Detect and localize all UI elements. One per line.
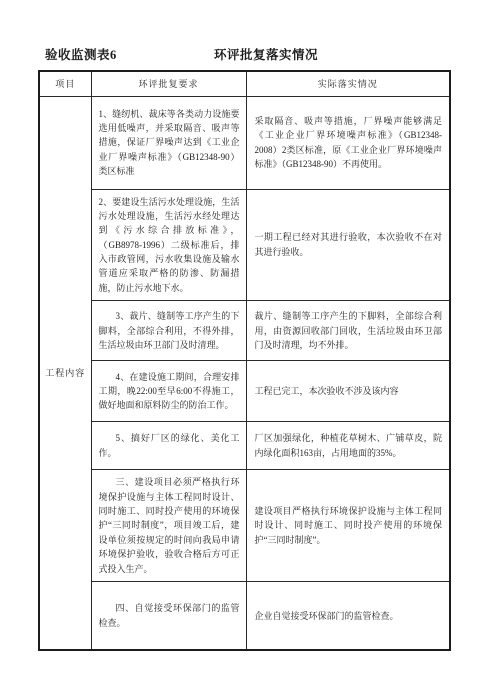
req-cell-4: 4、在建设施工期间，合理安排工期，晚22:00至早6:00不得施工，做好地面和原… (91, 361, 246, 422)
req-text-4: 4、在建设施工期间，合理安排工期，晚22:00至早6:00不得施工，做好地面和原… (99, 370, 240, 413)
header-item: 项目 (39, 71, 91, 96)
actual-text-3: 裁片、缝制等工序产生的下脚料，全部综合利用，由资源回收部门回收，生活垃圾由环卫部… (255, 309, 443, 352)
page-title: 环评批复落实情况 (214, 45, 318, 63)
actual-text-6: 建设项目严格执行环境保护设施与主体工程同时设计、同时施工、同时投产使用的环境保护… (255, 504, 443, 547)
table-row: 4、在建设施工期间，合理安排工期，晚22:00至早6:00不得施工，做好地面和原… (39, 361, 450, 422)
req-cell-1: 1、缝纫机、裁床等各类动力设施要选用低噪声，并采取隔音、吸声等措施，保证厂界噪声… (91, 96, 246, 189)
actual-cell-2: 一期工程已经对其进行验收，本次验收不在对其进行验收。 (246, 189, 450, 301)
title-line: 验收监测表6 环评批复落实情况 (0, 45, 485, 65)
req-text-2: 2、要建设生活污水处理设施，生活污水处理设施，生活污水经处理达到《污水综合排放标… (99, 195, 240, 296)
table-row: 3、裁片、缝制等工序产生的下脚料，全部综合利用，不得外排，生活垃圾由环卫部门及时… (39, 301, 450, 361)
actual-text-7: 企业自觉接受环保部门的监管检查。 (255, 609, 443, 623)
req-text-7: 四、自觉接受环保部门的监管检查。 (99, 601, 240, 630)
req-text-5: 5、搞好厂区的绿化、美化工作。 (99, 431, 240, 460)
implementation-table: 项目 环评批复要求 实际落实情况 工程内容 1、缝纫机、裁床等各类动力设施要选用… (38, 70, 451, 651)
table-row: 5、搞好厂区的绿化、美化工作。 厂区加强绿化，种植花草树木、广铺草皮，院内绿化面… (39, 422, 450, 470)
actual-text-5: 厂区加强绿化，种植花草树木、广铺草皮，院内绿化面积163亩，占用地面的35%。 (255, 431, 443, 460)
table-row: 四、自觉接受环保部门的监管检查。 企业自觉接受环保部门的监管检查。 (39, 581, 450, 650)
header-actual: 实际落实情况 (246, 71, 450, 96)
req-cell-7: 四、自觉接受环保部门的监管检查。 (91, 581, 246, 650)
doc-label: 验收监测表6 (45, 45, 117, 63)
category-cell: 工程内容 (39, 96, 91, 650)
req-cell-3: 3、裁片、缝制等工序产生的下脚料，全部综合利用，不得外排，生活垃圾由环卫部门及时… (91, 301, 246, 361)
actual-text-2: 一期工程已经对其进行验收，本次验收不在对其进行验收。 (255, 230, 443, 259)
table-row: 三、建设项目必须严格执行环境保护设施与主体工程同时设计、同时施工、同时投产使用的… (39, 470, 450, 582)
actual-cell-4: 工程已完工，本次验收不涉及该内容 (246, 361, 450, 422)
req-text-3: 3、裁片、缝制等工序产生的下脚料，全部综合利用，不得外排，生活垃圾由环卫部门及时… (99, 309, 240, 352)
req-text-1: 1、缝纫机、裁床等各类动力设施要选用低噪声，并采取隔音、吸声等措施，保证厂界噪声… (99, 107, 240, 179)
actual-text-1: 采取隔音、吸声等措施，厂界噪声能够满足《工业企业厂界环境噪声标准》（GB1234… (255, 114, 443, 172)
actual-cell-1: 采取隔音、吸声等措施，厂界噪声能够满足《工业企业厂界环境噪声标准》（GB1234… (246, 96, 450, 189)
actual-text-4: 工程已完工，本次验收不涉及该内容 (255, 384, 443, 398)
actual-cell-5: 厂区加强绿化，种植花草树木、广铺草皮，院内绿化面积163亩，占用地面的35%。 (246, 422, 450, 470)
header-requirement: 环评批复要求 (91, 71, 246, 96)
document-page: 验收监测表6 环评批复落实情况 项目 环评批复要求 实际落实情况 工程内容 1、… (0, 0, 485, 685)
table-row: 2、要建设生活污水处理设施，生活污水处理设施，生活污水经处理达到《污水综合排放标… (39, 189, 450, 301)
actual-cell-7: 企业自觉接受环保部门的监管检查。 (246, 581, 450, 650)
table-row: 工程内容 1、缝纫机、裁床等各类动力设施要选用低噪声，并采取隔音、吸声等措施，保… (39, 96, 450, 189)
req-text-6: 三、建设项目必须严格执行环境保护设施与主体工程同时设计、同时施工、同时投产使用的… (99, 475, 240, 576)
actual-cell-3: 裁片、缝制等工序产生的下脚料，全部综合利用，由资源回收部门回收，生活垃圾由环卫部… (246, 301, 450, 361)
actual-cell-6: 建设项目严格执行环境保护设施与主体工程同时设计、同时施工、同时投产使用的环境保护… (246, 470, 450, 582)
req-cell-2: 2、要建设生活污水处理设施，生活污水处理设施，生活污水经处理达到《污水综合排放标… (91, 189, 246, 301)
table-header-row: 项目 环评批复要求 实际落实情况 (39, 71, 450, 96)
req-cell-6: 三、建设项目必须严格执行环境保护设施与主体工程同时设计、同时施工、同时投产使用的… (91, 470, 246, 582)
req-cell-5: 5、搞好厂区的绿化、美化工作。 (91, 422, 246, 470)
